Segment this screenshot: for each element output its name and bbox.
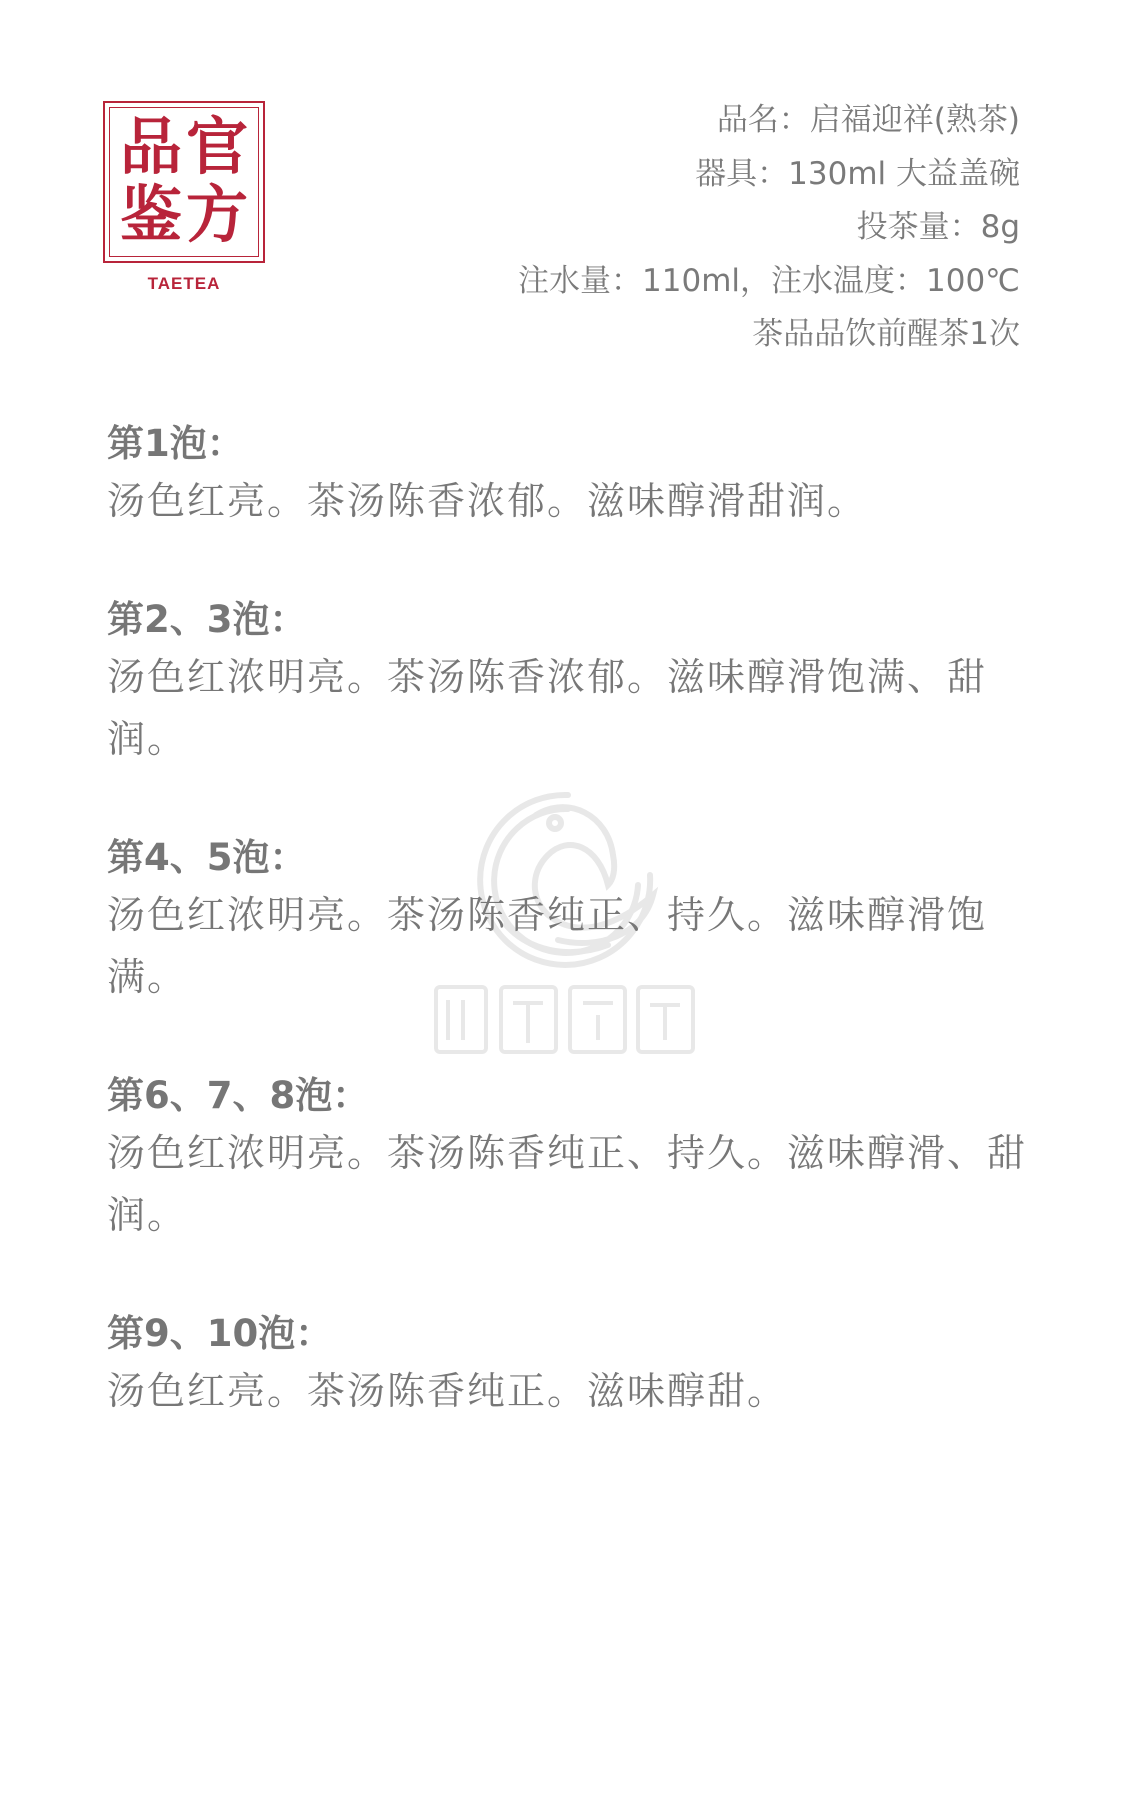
spec-vessel: 器具：130ml 大益盖碗 xyxy=(518,148,1020,202)
steep-title: 第1泡： xyxy=(107,418,1027,470)
steep-description: 汤色红浓明亮。茶汤陈香浓郁。滋味醇滑饱满、甜润。 xyxy=(107,646,1027,770)
steep-notes: 第1泡： 汤色红亮。茶汤陈香浓郁。滋味醇滑甜润。 第2、3泡： 汤色红浓明亮。茶… xyxy=(107,418,1027,1484)
steep-section: 第9、10泡： 汤色红亮。茶汤陈香纯正。滋味醇甜。 xyxy=(107,1308,1027,1422)
spec-tea-amount: 投茶量：8g xyxy=(518,201,1020,255)
logo-char: 官 xyxy=(184,114,250,182)
spec-product-name: 品名：启福迎祥(熟茶) xyxy=(518,94,1020,148)
steep-section: 第6、7、8泡： 汤色红浓明亮。茶汤陈香纯正、持久。滋味醇滑、甜润。 xyxy=(107,1070,1027,1246)
brewing-specs: 品名：启福迎祥(熟茶) 器具：130ml 大益盖碗 投茶量：8g 注水量：110… xyxy=(518,94,1020,362)
steep-section: 第1泡： 汤色红亮。茶汤陈香浓郁。滋味醇滑甜润。 xyxy=(107,418,1027,532)
steep-section: 第4、5泡： 汤色红浓明亮。茶汤陈香纯正、持久。滋味醇滑饱满。 xyxy=(107,832,1027,1008)
brand-logo: 品 官 鉴 方 xyxy=(103,101,265,263)
spec-rinse: 茶品品饮前醒茶1次 xyxy=(518,308,1020,362)
logo-inner-frame: 品 官 鉴 方 xyxy=(109,107,259,257)
spec-water: 注水量：110ml，注水温度：100℃ xyxy=(518,255,1020,309)
steep-title: 第6、7、8泡： xyxy=(107,1070,1027,1122)
steep-description: 汤色红亮。茶汤陈香纯正。滋味醇甜。 xyxy=(107,1360,1027,1422)
steep-title: 第9、10泡： xyxy=(107,1308,1027,1360)
steep-description: 汤色红亮。茶汤陈香浓郁。滋味醇滑甜润。 xyxy=(107,470,1027,532)
logo-char: 品 xyxy=(118,114,184,182)
logo-char: 方 xyxy=(184,182,250,250)
brand-name: TAETEA xyxy=(103,274,265,294)
steep-title: 第4、5泡： xyxy=(107,832,1027,884)
steep-description: 汤色红浓明亮。茶汤陈香纯正、持久。滋味醇滑、甜润。 xyxy=(107,1122,1027,1246)
steep-section: 第2、3泡： 汤色红浓明亮。茶汤陈香浓郁。滋味醇滑饱满、甜润。 xyxy=(107,594,1027,770)
steep-title: 第2、3泡： xyxy=(107,594,1027,646)
steep-description: 汤色红浓明亮。茶汤陈香纯正、持久。滋味醇滑饱满。 xyxy=(107,884,1027,1008)
logo-char: 鉴 xyxy=(118,182,184,250)
